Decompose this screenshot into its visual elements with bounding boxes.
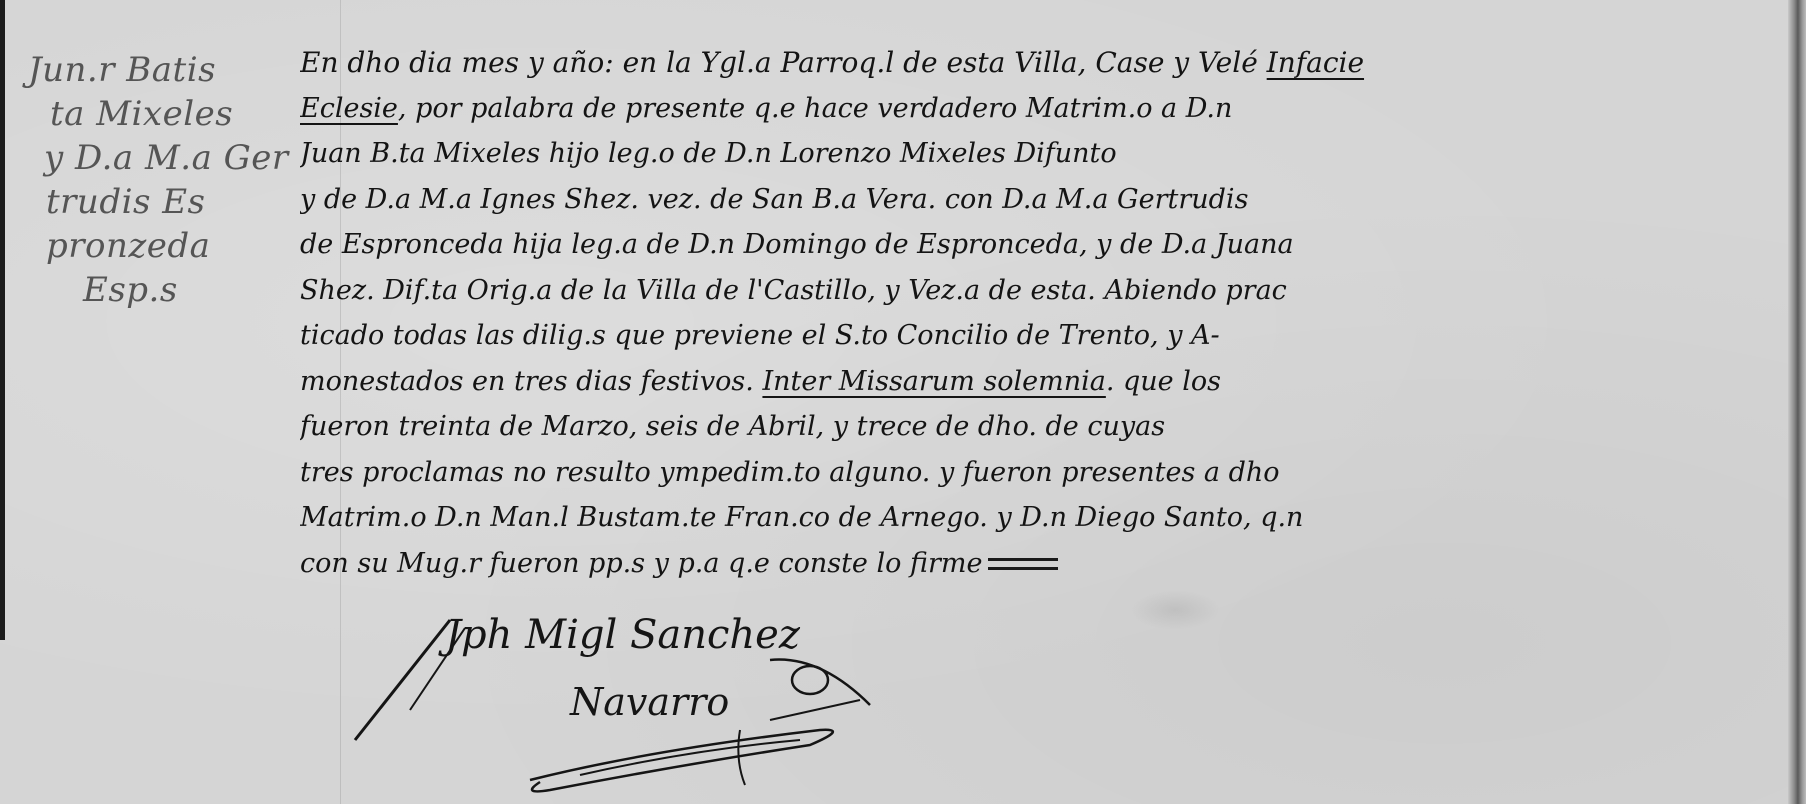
signature-name-line2: Navarro bbox=[570, 680, 729, 724]
entry-text: . que los bbox=[1106, 366, 1221, 397]
entry-text: En dho dia mes y año: en la Ygl.a Parroq… bbox=[300, 46, 1267, 79]
entry-text: monestados en tres dias festivos. bbox=[300, 366, 762, 397]
priest-signature: Jph Migl Sanchez Navarro bbox=[350, 600, 910, 800]
ink-smudge bbox=[1130, 590, 1220, 630]
page-left-edge bbox=[0, 0, 5, 640]
entry-line: En dho dia mes y año: en la Ygl.a Parroq… bbox=[300, 40, 1780, 86]
margin-note-line: Esp.s bbox=[28, 268, 318, 312]
entry-text: , por palabra de presente q.e hace verda… bbox=[398, 93, 1232, 124]
register-entry-text: En dho dia mes y año: en la Ygl.a Parroq… bbox=[300, 40, 1780, 586]
entry-line: Matrim.o D.n Man.l Bustam.te Fran.co de … bbox=[300, 495, 1780, 541]
entry-line: Shez. Dif.ta Orig.a de la Villa de l'Cas… bbox=[300, 268, 1780, 314]
end-of-entry-double-rule bbox=[988, 558, 1058, 570]
entry-line: de Espronceda hija leg.a de D.n Domingo … bbox=[300, 222, 1780, 268]
margin-note-line: trudis Es bbox=[28, 180, 318, 224]
underlined-latin-phrase: Eclesie bbox=[300, 93, 398, 124]
scanned-page: Jun.r Batis ta Mixeles y D.a M.a Ger tru… bbox=[0, 0, 1806, 804]
entry-line: y de D.a M.a Ignes Shez. vez. de San B.a… bbox=[300, 177, 1780, 223]
underlined-latin-phrase: Infacie bbox=[1267, 46, 1364, 79]
margin-note-line: Jun.r Batis bbox=[28, 48, 318, 92]
book-gutter bbox=[1788, 0, 1806, 804]
entry-line: monestados en tres dias festivos. Inter … bbox=[300, 359, 1780, 405]
signature-name-line1: Jph Migl Sanchez bbox=[445, 612, 800, 658]
margin-note-line: y D.a M.a Ger bbox=[28, 136, 318, 180]
underlined-latin-phrase: Inter Missarum solemnia bbox=[762, 366, 1105, 397]
entry-line: Eclesie, por palabra de presente q.e hac… bbox=[300, 86, 1780, 132]
entry-line: Juan B.ta Mixeles hijo leg.o de D.n Lore… bbox=[300, 131, 1780, 177]
margin-note: Jun.r Batis ta Mixeles y D.a M.a Ger tru… bbox=[28, 48, 318, 312]
entry-line: con su Mug.r fueron pp.s y p.a q.e const… bbox=[300, 541, 1780, 587]
entry-line: fueron treinta de Marzo, seis de Abril, … bbox=[300, 404, 1780, 450]
entry-line: tres proclamas no resulto ympedim.to alg… bbox=[300, 450, 1780, 496]
margin-note-line: ta Mixeles bbox=[28, 92, 318, 136]
entry-text: con su Mug.r fueron pp.s y p.a q.e const… bbox=[300, 548, 982, 579]
entry-line: ticado todas las dilig.s que previene el… bbox=[300, 313, 1780, 359]
margin-note-line: pronzeda bbox=[28, 224, 318, 268]
